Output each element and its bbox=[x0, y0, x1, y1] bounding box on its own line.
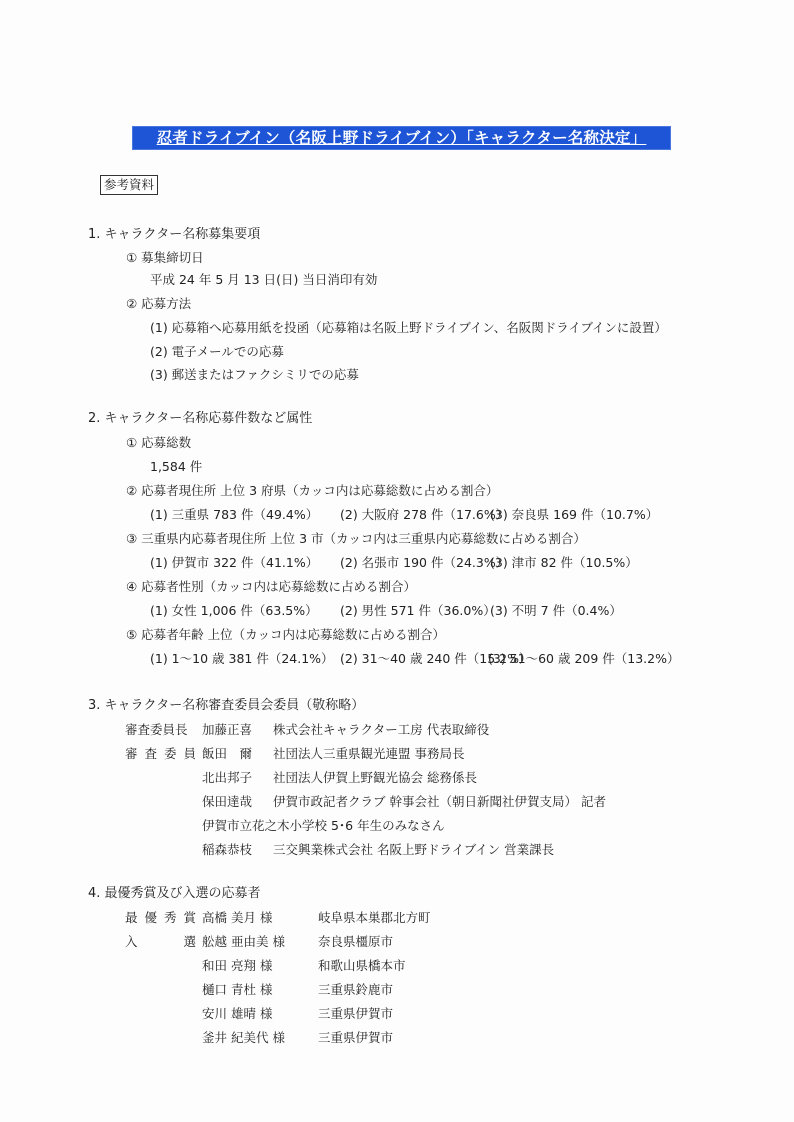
winner-row: 最優秀賞 高橋 美月 様 岐阜県本巣郡北方町 bbox=[0, 910, 794, 926]
member-name: 加藤正喜 bbox=[202, 722, 252, 738]
winner-name: 舩越 亜由美 様 bbox=[202, 934, 285, 950]
deadline-label: ① 募集締切日 bbox=[126, 250, 204, 266]
winner-name: 樋口 青杜 様 bbox=[202, 982, 272, 998]
city-3: (3) 津市 82 件（10.5%） bbox=[490, 555, 638, 571]
prefecture-1: (1) 三重県 783 件（49.4%） bbox=[150, 507, 318, 523]
total-label: ① 応募総数 bbox=[126, 435, 191, 451]
winner-name: 安川 雄晴 様 bbox=[202, 1006, 272, 1022]
gender-row: (1) 女性 1,006 件（63.5%） (2) 男性 571 件（36.0%… bbox=[0, 603, 794, 619]
city-2: (2) 名張市 190 件（24.3%） bbox=[340, 555, 508, 571]
winner-location: 三重県鈴鹿市 bbox=[318, 982, 393, 998]
winner-award: 入 選 bbox=[125, 934, 203, 950]
city-row: (1) 伊賀市 322 件（41.1%） (2) 名張市 190 件（24.3%… bbox=[0, 555, 794, 571]
prefecture-3: (3) 奈良県 169 件（10.7%） bbox=[490, 507, 658, 523]
winner-location: 和歌山県橋本市 bbox=[318, 958, 406, 974]
winner-name: 釜井 紀美代 様 bbox=[202, 1030, 285, 1046]
winner-location: 奈良県橿原市 bbox=[318, 934, 393, 950]
member-role: 審査委員長 bbox=[125, 722, 188, 738]
member-org: 社団法人伊賀上野観光協会 総務係長 bbox=[273, 770, 477, 786]
member-row: 北出邦子 社団法人伊賀上野観光協会 総務係長 bbox=[0, 770, 794, 786]
member-name: 北出邦子 bbox=[202, 770, 252, 786]
age-1: (1) 1～10 歳 381 件（24.1%） bbox=[150, 651, 334, 667]
document-title: 忍者ドライブイン（名阪上野ドライブイン）「キャラクター名称決定」 bbox=[133, 127, 670, 149]
prefecture-label: ② 応募者現住所 上位 3 府県（カッコ内は応募総数に占める割合） bbox=[126, 483, 498, 499]
member-row: 審査委員 飯田 爾 社団法人三重県観光連盟 事務局長 bbox=[0, 746, 794, 762]
gender-2: (2) 男性 571 件（36.0%） bbox=[340, 603, 496, 619]
winner-location: 三重県伊賀市 bbox=[318, 1006, 393, 1022]
section-1-heading: 1. キャラクター名称募集要項 bbox=[88, 227, 260, 243]
age-row: (1) 1～10 歳 381 件（24.1%） (2) 31～40 歳 240 … bbox=[0, 651, 794, 667]
member-role: 審査委員 bbox=[125, 746, 203, 762]
method-label: ② 応募方法 bbox=[126, 296, 191, 312]
deadline-value: 平成 24 年 5 月 13 日(日) 当日消印有効 bbox=[150, 272, 377, 288]
gender-3: (3) 不明 7 件（0.4%） bbox=[490, 603, 622, 619]
section-2-heading: 2. キャラクター名称応募件数など属性 bbox=[88, 411, 312, 427]
winner-name: 高橋 美月 様 bbox=[202, 910, 272, 926]
method-item-2: (2) 電子メールでの応募 bbox=[150, 344, 284, 360]
member-row: 審査委員長 加藤正喜 株式会社キャラクター工房 代表取締役 bbox=[0, 722, 794, 738]
winner-location: 三重県伊賀市 bbox=[318, 1030, 393, 1046]
method-item-1: (1) 応募箱へ応募用紙を投函（応募箱は名阪上野ドライブイン、名阪関ドライブイン… bbox=[150, 320, 667, 336]
winner-row: 釜井 紀美代 様 三重県伊賀市 bbox=[0, 1030, 794, 1046]
prefecture-2: (2) 大阪府 278 件（17.6%） bbox=[340, 507, 508, 523]
section-3-heading: 3. キャラクター名称審査委員会委員（敬称略） bbox=[88, 698, 364, 714]
prefecture-row: (1) 三重県 783 件（49.4%） (2) 大阪府 278 件（17.6%… bbox=[0, 507, 794, 523]
member-org: 株式会社キャラクター工房 代表取締役 bbox=[273, 722, 489, 738]
member-org: 社団法人三重県観光連盟 事務局長 bbox=[273, 746, 464, 762]
member-row: 保田達哉 伊賀市政記者クラブ 幹事会社（朝日新聞社伊賀支局） 記者 bbox=[0, 794, 794, 810]
reference-label: 参考資料 bbox=[100, 175, 158, 195]
member-name: 伊賀市立花之木小学校 5･6 年生のみなさん bbox=[202, 818, 445, 834]
gender-1: (1) 女性 1,006 件（63.5%） bbox=[150, 603, 318, 619]
winner-row: 入 選 舩越 亜由美 様 奈良県橿原市 bbox=[0, 934, 794, 950]
gender-label: ④ 応募者性別（カッコ内は応募総数に占める割合） bbox=[126, 579, 416, 595]
age-3: (3) 51～60 歳 209 件（13.2%） bbox=[488, 651, 679, 667]
winner-location: 岐阜県本巣郡北方町 bbox=[318, 910, 431, 926]
member-row: 伊賀市立花之木小学校 5･6 年生のみなさん bbox=[0, 818, 794, 834]
winner-award: 最優秀賞 bbox=[125, 910, 203, 926]
member-org: 三交興業株式会社 名阪上野ドライブイン 営業課長 bbox=[273, 842, 554, 858]
winner-name: 和田 亮翔 様 bbox=[202, 958, 272, 974]
city-label: ③ 三重県内応募者現住所 上位 3 市（カッコ内は三重県内応募総数に占める割合） bbox=[126, 531, 586, 547]
winner-row: 和田 亮翔 様 和歌山県橋本市 bbox=[0, 958, 794, 974]
age-label: ⑤ 応募者年齢 上位（カッコ内は応募総数に占める割合） bbox=[126, 627, 445, 643]
member-name: 稲森恭枝 bbox=[202, 842, 252, 858]
member-name: 保田達哉 bbox=[202, 794, 252, 810]
total-value: 1,584 件 bbox=[150, 459, 202, 475]
member-name: 飯田 爾 bbox=[202, 746, 252, 762]
method-item-3: (3) 郵送またはファクシミリでの応募 bbox=[150, 367, 359, 383]
section-4-heading: 4. 最優秀賞及び入選の応募者 bbox=[88, 886, 261, 902]
member-row: 稲森恭枝 三交興業株式会社 名阪上野ドライブイン 営業課長 bbox=[0, 842, 794, 858]
city-1: (1) 伊賀市 322 件（41.1%） bbox=[150, 555, 318, 571]
member-org: 伊賀市政記者クラブ 幹事会社（朝日新聞社伊賀支局） 記者 bbox=[273, 794, 606, 810]
winner-row: 安川 雄晴 様 三重県伊賀市 bbox=[0, 1006, 794, 1022]
winner-row: 樋口 青杜 様 三重県鈴鹿市 bbox=[0, 982, 794, 998]
